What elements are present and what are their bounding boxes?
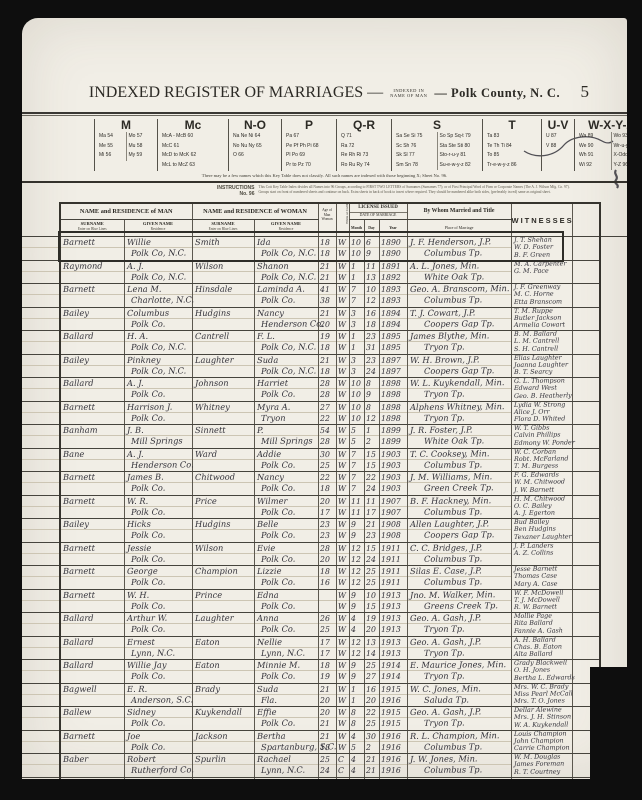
- end-cell: [572, 566, 600, 590]
- woman-given-cell: Lizzie Polk Co.: [254, 566, 318, 590]
- license-group-header: LICENSE ISSUED DATE OF MARRIAGE: [349, 203, 407, 220]
- race-cell: W W: [336, 613, 349, 637]
- witnesses-cell: M. A. Carpenter G. M. Pace: [511, 260, 572, 284]
- key-entry: Na Ne Ni 64: [231, 132, 279, 142]
- key-entry: V 88: [544, 142, 572, 152]
- margin-cell: [22, 425, 60, 449]
- man-surname-cell: Banham: [60, 425, 124, 449]
- month-cell: 8 8: [349, 707, 364, 731]
- day-cell: 23 24: [364, 354, 379, 378]
- scanned-register-page: INDEXED REGISTER OF MARRIAGES — INDEXED …: [22, 18, 627, 779]
- officiant-cell: W. L. Kuykendall, Min. Tryon Tp.: [407, 378, 511, 402]
- end-cell: [572, 495, 600, 519]
- register-row: Barnett W. H. Polk Co. Prince Edna Polk …: [22, 589, 627, 613]
- page-margin-cell: [600, 636, 627, 660]
- man-given-cell: A. J. Polk Co, N.C.: [124, 260, 192, 284]
- woman-given-cell: Suda Fla.: [254, 683, 318, 707]
- race-cell: W W: [336, 425, 349, 449]
- key-entry: Mu 58: [126, 142, 156, 152]
- witnesses-cell: W. M. Douglas James Foreman R. T. Courtn…: [511, 754, 572, 778]
- man-surname-cell: Ballard: [60, 660, 124, 684]
- man-surname-cell: Ballard: [60, 636, 124, 660]
- margin-cell: [22, 683, 60, 707]
- woman-surname-cell: Wilson: [192, 260, 254, 284]
- year-cell: 1915 1915: [379, 707, 407, 731]
- woman-given-cell: Myra A. Tryon: [254, 401, 318, 425]
- day-cell: 23 31: [364, 331, 379, 355]
- race-cell: W W: [336, 519, 349, 543]
- day-cell: 16 18: [364, 307, 379, 331]
- month-cell: 12 12: [349, 636, 364, 660]
- woman-given-cell: Nellie Lynn, N.C.: [254, 636, 318, 660]
- end-cell: [572, 636, 600, 660]
- month-cell: 1 1: [349, 331, 364, 355]
- year-cell: 1911 1911: [379, 566, 407, 590]
- race-column-header: White or Col'd: [336, 203, 349, 237]
- year-cell: 1893 1893: [379, 284, 407, 308]
- key-letter: Q-R: [339, 119, 389, 132]
- man-given-cell: James B. Polk Co.: [124, 472, 192, 496]
- end-column-header: [572, 203, 600, 237]
- man-given-cell: J. B. Mill Springs: [124, 425, 192, 449]
- month-cell: 5 5: [349, 425, 364, 449]
- woman-given-cell: Shanon Polk Co, N.C.: [254, 260, 318, 284]
- race-cell: [336, 777, 349, 779]
- officiant-cell: E. Maurice Jones, Min. Tryon Tp.: [407, 660, 511, 684]
- month-header: Month: [349, 220, 364, 237]
- officiant-cell: Allen Laughter, J.P. Coopers Gap Tp.: [407, 519, 511, 543]
- man-surname-cell: Bane: [60, 448, 124, 472]
- man-surname-cell: Raymond: [60, 260, 124, 284]
- margin-cell: [22, 589, 60, 613]
- witnesses-cell: W. C. Corban Robt. McFarland T. M. Burge…: [511, 448, 572, 472]
- race-cell: W W: [336, 354, 349, 378]
- month-cell: [349, 777, 364, 779]
- key-entry: Wr-u-y 94: [611, 142, 628, 152]
- witnesses-cell: B. M. Ballard L. M. Cantrell S. H. Cantr…: [511, 331, 572, 355]
- man-surname-cell: Barnett: [60, 542, 124, 566]
- register-row: Barnett Harrison J. Polk Co. Whitney Myr…: [22, 401, 627, 425]
- key-entry: Ra 72: [339, 142, 389, 152]
- key-entry: Pr to Pz 70: [284, 161, 334, 171]
- year-cell: 1914 1914: [379, 660, 407, 684]
- man-surname-cell: Barnett: [60, 284, 124, 308]
- section-rule: [22, 181, 627, 183]
- margin-cell: [22, 660, 60, 684]
- key-entry: McA - McB 60: [160, 132, 226, 142]
- man-group-header: NAME and RESIDENCE of MAN: [60, 203, 192, 220]
- key-entry: X-Odd 95: [611, 151, 628, 161]
- page-margin-cell: [600, 425, 627, 449]
- man-given-cell: Pinkney Polk Co, N.C.: [124, 354, 192, 378]
- officiant-header: By Whom Married and Title: [407, 203, 511, 220]
- day-cell: 21 21: [364, 754, 379, 778]
- woman-given-cell: Harriet Polk Co.: [254, 378, 318, 402]
- year-cell: 1913 1913: [379, 613, 407, 637]
- key-letter: S: [394, 119, 480, 132]
- woman-surname-cell: Brady: [192, 683, 254, 707]
- register-row: Banham J. B. Mill Springs Sinnett P. Mil…: [22, 425, 627, 449]
- woman-given-cell: Bertha Spartanburg, S.C.: [254, 730, 318, 754]
- day-cell: 1 2: [364, 425, 379, 449]
- man-surname-cell: Barnett: [60, 237, 124, 261]
- key-entry: To 85: [485, 151, 539, 161]
- woman-given-cell: F. L. Polk Co, N.C.: [254, 331, 318, 355]
- margin-cell: [22, 777, 60, 779]
- page-margin-cell: [600, 307, 627, 331]
- officiant-cell: J. W. Jones, Min. Columbus Tp.: [407, 754, 511, 778]
- age-cell: 25 24: [318, 754, 336, 778]
- margin-cell: [22, 472, 60, 496]
- month-cell: 3 3: [349, 307, 364, 331]
- month-cell: 7 7: [349, 448, 364, 472]
- title-main: INDEXED REGISTER OF MARRIAGES —: [89, 84, 383, 101]
- title-county: — Polk County, N. C.: [434, 86, 560, 100]
- margin-cell: [22, 237, 60, 261]
- year-cell: 1916 1916: [379, 754, 407, 778]
- woman-surname-cell: [192, 777, 254, 779]
- man-surname-cell: Baber: [60, 754, 124, 778]
- page-number: 5: [581, 82, 590, 102]
- day-cell: 25 27: [364, 660, 379, 684]
- margin-cell: [22, 307, 60, 331]
- woman-given-cell: Addie Polk Co.: [254, 448, 318, 472]
- woman-surname-cell: Laughter: [192, 613, 254, 637]
- register-row: Ballard Arthur W. Polk Co. Laughter Anna…: [22, 613, 627, 637]
- officiant-cell: W. C. Jones, Min. Saluda Tp.: [407, 683, 511, 707]
- man-surname-cell: Bailey: [60, 519, 124, 543]
- key-table-note: There may be a few names which this Key …: [22, 173, 627, 178]
- man-given-cell: Harrison J. Polk Co.: [124, 401, 192, 425]
- witnesses-cell: W. F. McDowell T. J. McDowell R. W. Barn…: [511, 589, 572, 613]
- key-entry: Tr-e-w-y-z 86: [485, 161, 539, 171]
- woman-surname-cell: Eaton: [192, 660, 254, 684]
- end-cell: [572, 307, 600, 331]
- key-entry: Ma 54: [97, 132, 126, 142]
- day-cell: 15 15: [364, 448, 379, 472]
- register-row: Raymond A. J. Polk Co, N.C. Wilson Shano…: [22, 260, 627, 284]
- place-header: Place of Marriage: [407, 220, 511, 237]
- key-entry: Me 55: [97, 142, 126, 152]
- year-cell: 1890 1890: [379, 237, 407, 261]
- page-margin-cell: [600, 401, 627, 425]
- day-cell: 25 25: [364, 566, 379, 590]
- margin-cell: [22, 495, 60, 519]
- month-cell: 1 1: [349, 683, 364, 707]
- day-header: Day: [364, 220, 379, 237]
- witnesses-cell: Elias Laughter Joanna Laughter B. T. Sea…: [511, 354, 572, 378]
- key-column: N-ONa Ne Ni 64No Nu Ny 65O 66: [228, 119, 281, 171]
- key-entry: Pl Po 69: [284, 151, 334, 161]
- witnesses-cell: Bud Bailey Ben Hudgins Texaner Laughter: [511, 519, 572, 543]
- register-row: Bagwell E. R. Anderson, S.C. Brady Suda …: [22, 683, 627, 707]
- margin-cell: [22, 754, 60, 778]
- page-margin-cell: [600, 472, 627, 496]
- age-cell: 17 17: [318, 636, 336, 660]
- age-cell: 20 21: [318, 707, 336, 731]
- age-cell: 26 25: [318, 613, 336, 637]
- margin-cell: [22, 284, 60, 308]
- man-given-cell: George Polk Co.: [124, 566, 192, 590]
- officiant-cell: [407, 777, 511, 779]
- officiant-cell: J. R. Foster, J.P. White Oak Tp.: [407, 425, 511, 449]
- man-given-cell: Arthur W. Polk Co.: [124, 613, 192, 637]
- key-entry: Y-Z 96: [611, 161, 628, 171]
- day-cell: 22 24: [364, 472, 379, 496]
- key-entry: Wa 89: [577, 132, 611, 142]
- key-column: W-X-Y-ZWa 89Wo 93We 90Wr-u-y 94Wh 91X-Od…: [574, 119, 627, 171]
- age-cell: 18 16: [318, 566, 336, 590]
- race-cell: W W: [336, 378, 349, 402]
- woman-given-cell: P. Mill Springs: [254, 425, 318, 449]
- race-cell: W W: [336, 566, 349, 590]
- age-cell: 22 18: [318, 472, 336, 496]
- key-entry: Sto-r-u-y 81: [437, 151, 481, 161]
- key-table: MMa 54Mo 57Me 55Mu 58Mi 56My 59McMcA - M…: [94, 119, 627, 171]
- officiant-cell: Geo. A. Gash, J.P. Tryon Tp.: [407, 707, 511, 731]
- age-cell: 18 19: [318, 660, 336, 684]
- year-cell: 1908 1908: [379, 519, 407, 543]
- woman-given-cell: Minnie M. Polk Co.: [254, 660, 318, 684]
- year-cell: 1894 1894: [379, 307, 407, 331]
- register-row: Barnett Willie Polk Co, N.C. Smith Ida P…: [22, 237, 627, 261]
- witnesses-cell: W. T. Gibbs Calvin Phillips Edmony W. Po…: [511, 425, 572, 449]
- register-row: Ballard A. J. Polk Co. Johnson Harriet P…: [22, 378, 627, 402]
- month-cell: 10 10: [349, 401, 364, 425]
- man-surname-cell: Barnett: [60, 495, 124, 519]
- woman-surname-cell: Price: [192, 495, 254, 519]
- key-entry: Sta Ste Sti 80: [437, 142, 481, 152]
- officiant-cell: James Blythe, Min. Tryon Tp.: [407, 331, 511, 355]
- end-cell: [572, 519, 600, 543]
- race-cell: W W: [336, 260, 349, 284]
- witnesses-cell: J. F. Greenway M. C. Horne Etta Branscom: [511, 284, 572, 308]
- key-entry: Wi 92: [577, 161, 611, 171]
- register-row: Bane A. J. Henderson Co. Ward Addie Polk…: [22, 448, 627, 472]
- witnesses-cell: Jesse Barnett Thomas Case Mary A. Case: [511, 566, 572, 590]
- race-cell: W W: [336, 495, 349, 519]
- end-cell: [572, 448, 600, 472]
- man-given-cell: A. J. Henderson Co.: [124, 448, 192, 472]
- man-given-cell: H. A. Polk Co, N.C.: [124, 331, 192, 355]
- witnesses-cell: Mrs. W. C. Brady Miss Pearl McCall Mrs. …: [511, 683, 572, 707]
- woman-surname-cell: Kuykendall: [192, 707, 254, 731]
- key-entry: Sc Sh 76: [394, 142, 437, 152]
- month-cell: 4 4: [349, 613, 364, 637]
- end-cell: [572, 542, 600, 566]
- register-row: Bailey Columbus Polk Co. Hudgins Nancy H…: [22, 307, 627, 331]
- instructions-block: INSTRUCTIONS No. 96 This Cott Key Table …: [217, 185, 599, 197]
- register-row: Ballew Sidney Polk Co. Kuykendall Effie …: [22, 707, 627, 731]
- year-cell: 1899 1899: [379, 425, 407, 449]
- age-column-header: Age of ManWoman: [318, 203, 336, 237]
- register-row: Ballard H. A. Polk Co, N.C. Cantrell F. …: [22, 331, 627, 355]
- key-letter: N-O: [231, 119, 279, 132]
- witnesses-cell: Lydia W. Strong Alice J. Orr Flora D. Wh…: [511, 401, 572, 425]
- man-given-cell: Lena M. Charlotte, N.C.: [124, 284, 192, 308]
- witnesses-cell: G. L. Thompson Edward West Geo. B. Heath…: [511, 378, 572, 402]
- key-letter: W-X-Y-Z: [577, 119, 627, 132]
- woman-given-cell: Rachael Lynn, N.C.: [254, 754, 318, 778]
- day-cell: 11 17: [364, 495, 379, 519]
- key-entry: Pe Pf Ph Pi 68: [284, 142, 334, 152]
- race-cell: W W: [336, 472, 349, 496]
- key-letter: P: [284, 119, 334, 132]
- torn-corner: [590, 667, 627, 779]
- key-entry: McC 61: [160, 142, 226, 152]
- race-cell: W W: [336, 589, 349, 613]
- page-title: INDEXED REGISTER OF MARRIAGES — INDEXED …: [22, 84, 627, 102]
- woman-surname-cell: Smith: [192, 237, 254, 261]
- woman-given-cell: Effie Polk Co.: [254, 707, 318, 731]
- woman-given-cell: Nancy Henderson Co.: [254, 307, 318, 331]
- year-cell: 1911 1911: [379, 542, 407, 566]
- key-letter: M: [97, 119, 155, 132]
- woman-group-header: NAME and RESIDENCE of WOMAN: [192, 203, 318, 220]
- end-cell: [572, 331, 600, 355]
- key-column: SSa Se Si 75So Sp Sq-t 79Sc Sh 76Sta Ste…: [391, 119, 482, 171]
- page-margin-cell: [600, 378, 627, 402]
- woman-surname-cell: Spurlin: [192, 754, 254, 778]
- end-cell: [572, 260, 600, 284]
- end-cell: [572, 237, 600, 261]
- register-row: [22, 777, 627, 779]
- month-cell: 11 11: [349, 495, 364, 519]
- man-given-cell: Robert Rutherford Co.: [124, 754, 192, 778]
- man-surname-cell: Barnett: [60, 401, 124, 425]
- register-row: Bailey Pinkney Polk Co, N.C. Laughter Su…: [22, 354, 627, 378]
- age-cell: 18 18: [318, 237, 336, 261]
- race-cell: C C: [336, 754, 349, 778]
- page-margin-cell: [600, 260, 627, 284]
- key-entry: Q 71: [339, 132, 389, 142]
- race-cell: W W: [336, 448, 349, 472]
- officiant-cell: Jno. M. Walker, Min. Greens Creek Tp.: [407, 589, 511, 613]
- woman-given-cell: Laminda A. Polk Co.: [254, 284, 318, 308]
- woman-given-cell: Ida Polk Co, N.C.: [254, 237, 318, 261]
- woman-surname-cell: Sinnett: [192, 425, 254, 449]
- key-entry: Pa 67: [284, 132, 334, 142]
- race-cell: W W: [336, 683, 349, 707]
- age-cell: 20 17: [318, 495, 336, 519]
- day-cell: 8 9: [364, 378, 379, 402]
- age-cell: 21 20: [318, 683, 336, 707]
- race-cell: W W: [336, 660, 349, 684]
- day-cell: 8 12: [364, 401, 379, 425]
- margin-cell: [22, 448, 60, 472]
- age-cell: 21 21: [318, 260, 336, 284]
- page-margin-cell: [600, 613, 627, 637]
- woman-given-cell: [254, 777, 318, 779]
- year-cell: 1897 1897: [379, 354, 407, 378]
- key-entry: Mi 56: [97, 151, 126, 161]
- register-header: NAME and RESIDENCE of MAN NAME and RESID…: [22, 203, 627, 237]
- end-cell: [572, 401, 600, 425]
- officiant-cell: J. M. Williams, Min. Green Creek Tp.: [407, 472, 511, 496]
- age-cell: [318, 589, 336, 613]
- woman-given-cell: Evie Polk Co.: [254, 542, 318, 566]
- key-entry: Re Rh Ri 73: [339, 151, 389, 161]
- officiant-cell: B. F. Hackney, Min. Columbus Tp.: [407, 495, 511, 519]
- register-body: Barnett Willie Polk Co, N.C. Smith Ida P…: [22, 237, 627, 780]
- officiant-cell: Geo. A. Gash, J.P. Tryon Tp.: [407, 636, 511, 660]
- month-cell: 4 4: [349, 754, 364, 778]
- year-cell: [379, 777, 407, 779]
- race-cell: W W: [336, 542, 349, 566]
- day-cell: [364, 777, 379, 779]
- key-entry: Sm Sn 78: [394, 161, 437, 171]
- month-cell: 4 5: [349, 730, 364, 754]
- year-cell: 1913 1913: [379, 589, 407, 613]
- month-cell: 7 7: [349, 284, 364, 308]
- man-surname-header: SURNAMEEnter on Blue Lines: [60, 220, 124, 237]
- woman-surname-cell: Whitney: [192, 401, 254, 425]
- title-indexed-in: INDEXED IN NAME OF MAN: [390, 88, 427, 98]
- margin-cell: [22, 636, 60, 660]
- officiant-cell: C. C. Bridges, J.P. Columbus Tp.: [407, 542, 511, 566]
- age-cell: 41 38: [318, 284, 336, 308]
- page-margin-cell: [600, 589, 627, 613]
- race-cell: W W: [336, 237, 349, 261]
- man-given-header: GIVEN NAMEResidence: [124, 220, 192, 237]
- year-cell: 1903 1903: [379, 472, 407, 496]
- month-cell: 7 7: [349, 472, 364, 496]
- margin-cell: [22, 566, 60, 590]
- key-letter: Mc: [160, 119, 226, 132]
- witnesses-cell: [511, 777, 572, 779]
- man-surname-cell: Barnett: [60, 472, 124, 496]
- witnesses-cell: Louis Champion John Champion Carrie Cham…: [511, 730, 572, 754]
- key-entry: No Nu Ny 65: [231, 142, 279, 152]
- race-cell: W W: [336, 730, 349, 754]
- day-cell: 11 13: [364, 260, 379, 284]
- margin-cell: [22, 401, 60, 425]
- key-entry: Mo 57: [126, 132, 156, 142]
- key-entry: Ro Ru Ry 74: [339, 161, 389, 171]
- witnesses-cell: F. G. Edwards W. M. Chitwood J. W. Barne…: [511, 472, 572, 496]
- key-entry: Sk Sl 77: [394, 151, 437, 161]
- page-margin-cell: [600, 284, 627, 308]
- margin-cell: [22, 613, 60, 637]
- woman-given-header: GIVEN NAMEResidence: [254, 220, 318, 237]
- year-cell: 1898 1898: [379, 401, 407, 425]
- register-row: Barnett Jessie Polk Co. Wilson Evie Polk…: [22, 542, 627, 566]
- key-entry: My 59: [126, 151, 156, 161]
- day-cell: 10 15: [364, 589, 379, 613]
- race-cell: W W: [336, 284, 349, 308]
- month-cell: 10 10: [349, 378, 364, 402]
- end-cell: [572, 378, 600, 402]
- page-margin-cell: [600, 519, 627, 543]
- instructions-label: INSTRUCTIONS No. 96: [217, 185, 255, 197]
- woman-given-cell: Belle Polk Co.: [254, 519, 318, 543]
- man-surname-cell: Bailey: [60, 354, 124, 378]
- woman-surname-cell: Cantrell: [192, 331, 254, 355]
- register-row: Barnett Lena M. Charlotte, N.C. Hinsdale…: [22, 284, 627, 308]
- register-row: Barnett James B. Polk Co. Chitwood Nancy…: [22, 472, 627, 496]
- year-cell: 1915 1916: [379, 683, 407, 707]
- man-surname-cell: Ballard: [60, 378, 124, 402]
- end-cell: [572, 613, 600, 637]
- key-column: TTa 83Te Th Ti 84To 85Tr-e-w-y-z 86: [482, 119, 541, 171]
- key-entry: McL to McZ 63: [160, 161, 226, 171]
- end-cell: [572, 354, 600, 378]
- register-row: Baber Robert Rutherford Co. Spurlin Rach…: [22, 754, 627, 778]
- race-cell: W W: [336, 307, 349, 331]
- age-cell: 19 18: [318, 331, 336, 355]
- key-column: Q-RQ 71Ra 72Re Rh Ri 73Ro Ru Ry 74: [336, 119, 391, 171]
- register-row: Barnett George Polk Co. Champion Lizzie …: [22, 566, 627, 590]
